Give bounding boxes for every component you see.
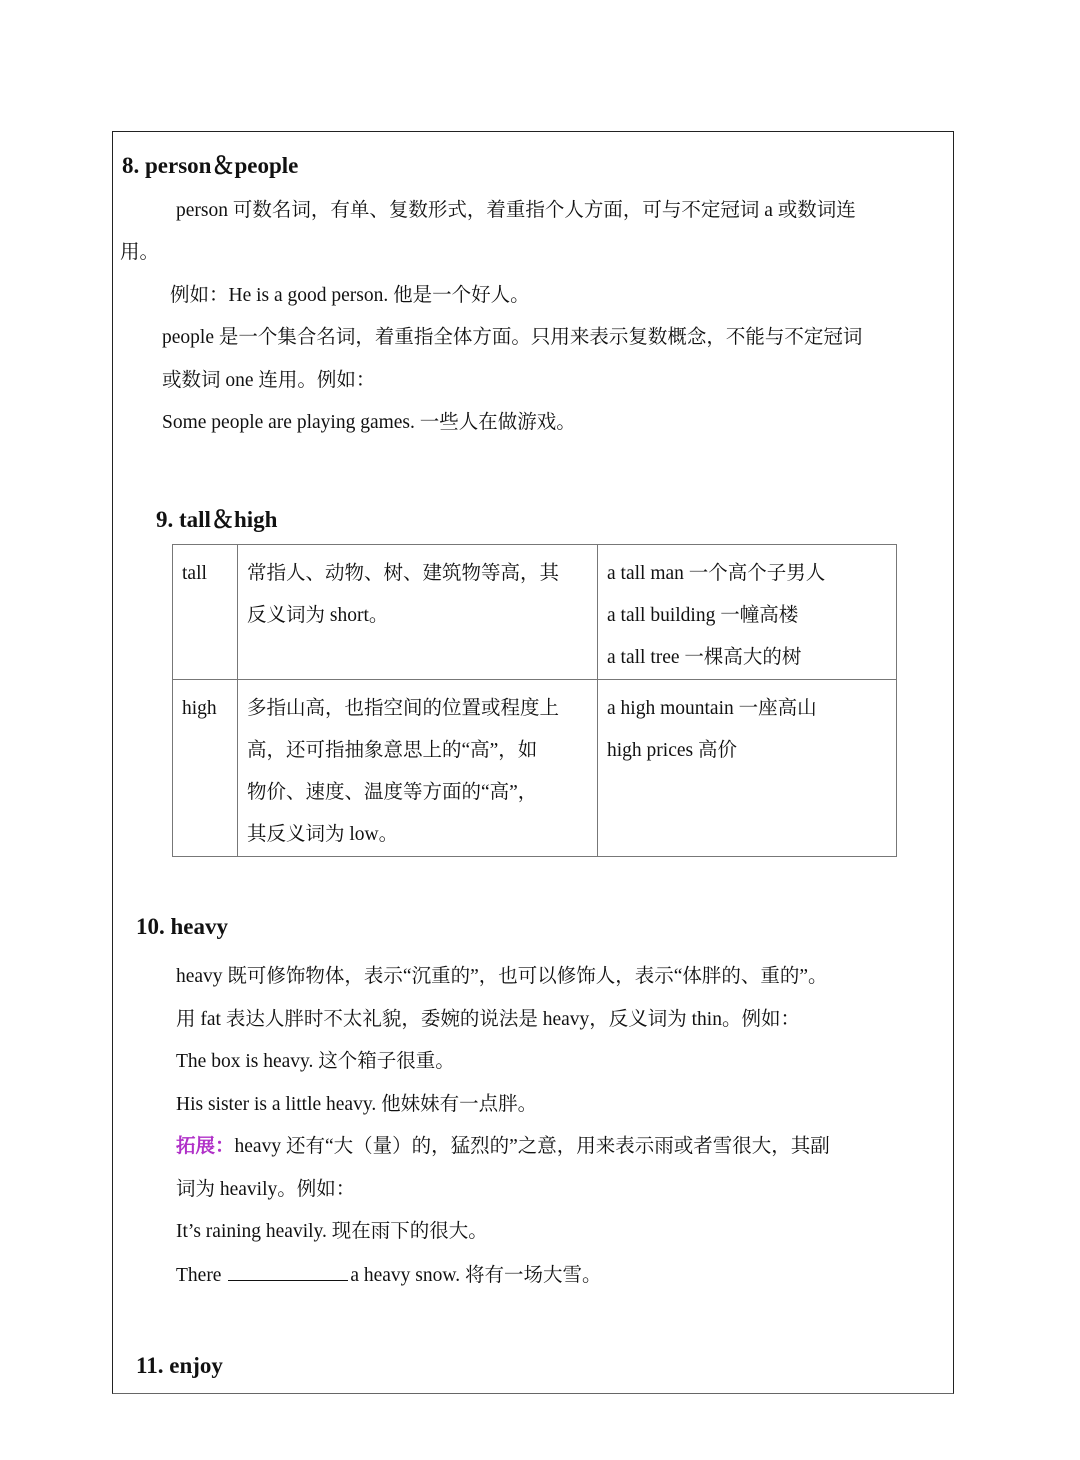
example-line: high prices 高价 (607, 730, 887, 772)
extension-label: 拓展： (176, 1136, 235, 1157)
description-line: 常指人、动物、树、建筑物等高，其 (247, 553, 588, 595)
table-row: tall 常指人、动物、树、建筑物等高，其 反义词为 short。 a tall… (173, 545, 897, 680)
example-line: a tall tree 一棵高大的树 (607, 637, 887, 679)
fill-in-blank[interactable] (228, 1262, 348, 1281)
section-9-heading: 9. tall＆high (156, 501, 277, 534)
section-10-line-1: heavy 既可修饰物体，表示“沉重的”，也可以修饰人，表示“体胖的、重的”。 (176, 964, 828, 990)
section-8-example-1: 例如：He is a good person. 他是一个好人。 (170, 283, 530, 309)
section-10-line-2: 用 fat 表达人胖时不太礼貌，委婉的说法是 heavy，反义词为 thin。例… (176, 1007, 800, 1033)
section-8-paragraph-1-line-2: 用。 (120, 240, 159, 266)
description-line: 物价、速度、温度等方面的“高”， (247, 772, 588, 814)
table-cell-description: 常指人、动物、树、建筑物等高，其 反义词为 short。 (238, 545, 598, 680)
description-line: 其反义词为 low。 (247, 814, 588, 856)
section-10-exercise: There a heavy snow. 将有一场大雪。 (176, 1262, 601, 1289)
example-line: a tall man 一个高个子男人 (607, 553, 887, 595)
comparison-table: tall 常指人、动物、树、建筑物等高，其 反义词为 short。 a tall… (172, 544, 897, 857)
exercise-suffix: a heavy snow. 将有一场大雪。 (350, 1265, 601, 1286)
extension-text: heavy 还有“大（量）的，猛烈的”之意，用来表示雨或者雪很大，其副 (235, 1136, 830, 1157)
section-10-example-2: His sister is a little heavy. 他妹妹有一点胖。 (176, 1092, 537, 1118)
description-line: 多指山高，也指空间的位置或程度上 (247, 688, 588, 730)
table-row: high 多指山高，也指空间的位置或程度上 高，还可指抽象意思上的“高”，如 物… (173, 680, 897, 857)
section-8-example-2: Some people are playing games. 一些人在做游戏。 (162, 410, 576, 436)
section-8-heading: 8. person＆people (122, 147, 298, 180)
table-cell-word: high (173, 680, 238, 857)
section-10-extension-line-1: 拓展：heavy 还有“大（量）的，猛烈的”之意，用来表示雨或者雪很大，其副 (176, 1134, 830, 1160)
section-8-paragraph-2-line-2: 或数词 one 连用。例如： (162, 368, 375, 394)
table-cell-examples: a tall man 一个高个子男人 a tall building 一幢高楼 … (598, 545, 897, 680)
section-10-example-3: It’s raining heavily. 现在雨下的很大。 (176, 1219, 488, 1245)
example-line: a tall building 一幢高楼 (607, 595, 887, 637)
table-cell-examples: a high mountain 一座高山 high prices 高价 (598, 680, 897, 857)
section-8-paragraph-2-line-1: people 是一个集合名词，着重指全体方面。只用来表示复数概念，不能与不定冠词 (162, 325, 862, 351)
table-cell-word: tall (173, 545, 238, 680)
section-10-example-1: The box is heavy. 这个箱子很重。 (176, 1049, 455, 1075)
description-line: 反义词为 short。 (247, 595, 588, 637)
section-10-heading: 10. heavy (136, 914, 228, 940)
section-11-heading: 11. enjoy (136, 1353, 223, 1379)
section-10-extension-line-2: 词为 heavily。例如： (176, 1177, 355, 1203)
example-line: a high mountain 一座高山 (607, 688, 887, 730)
table-cell-description: 多指山高，也指空间的位置或程度上 高，还可指抽象意思上的“高”，如 物价、速度、… (238, 680, 598, 857)
description-line: 高，还可指抽象意思上的“高”，如 (247, 730, 588, 772)
section-8-paragraph-1-line-1: person 可数名词，有单、复数形式，着重指个人方面，可与不定冠词 a 或数词… (176, 198, 856, 224)
exercise-prefix: There (176, 1265, 226, 1286)
